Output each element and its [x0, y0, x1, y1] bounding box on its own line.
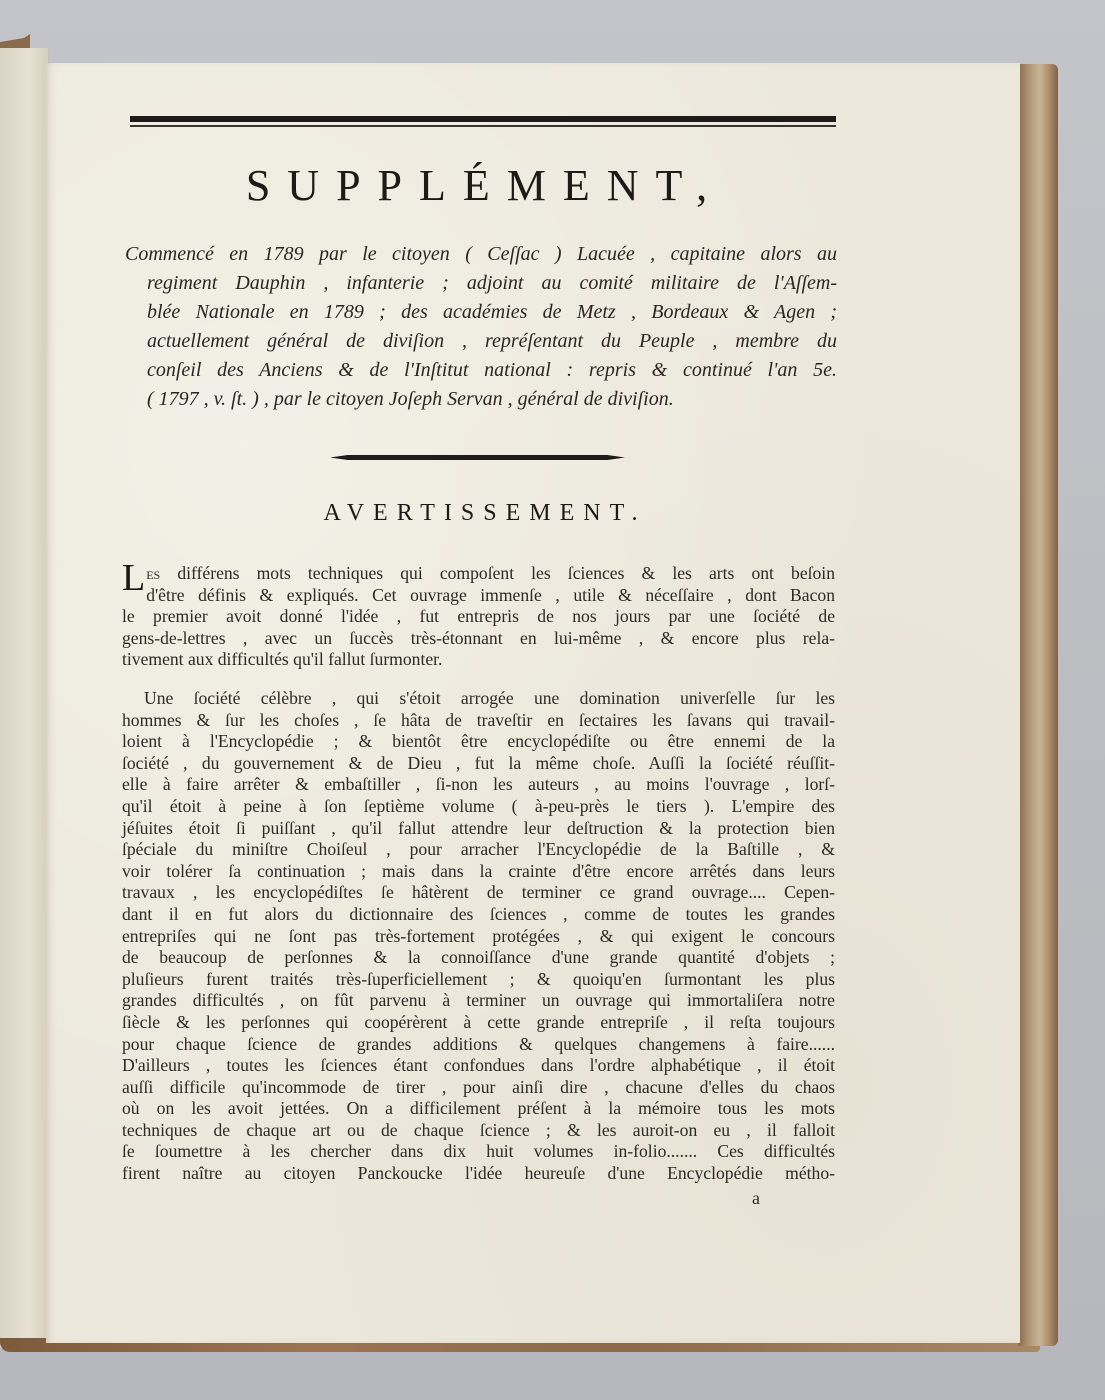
- subtitle-line: blée Nationale en 1789 ; des académies d…: [125, 298, 837, 327]
- subtitle-line: conſeil des Anciens & de l'Inſtitut nati…: [125, 356, 837, 385]
- paragraph-line: de beaucoup de perſonnes & la connoiſſan…: [122, 947, 835, 969]
- paragraph-line: techniques de chaque art ou de chaque ſc…: [122, 1120, 835, 1142]
- paragraph-line: ſociété , du gouvernement & de Dieu , fu…: [122, 753, 835, 775]
- drop-cap: L: [122, 563, 145, 593]
- left-page-edge: [0, 48, 49, 1348]
- paragraph-line: où on les avoit jettées. On a difficilem…: [122, 1098, 835, 1120]
- book-cover-right-edge: [1018, 64, 1058, 1346]
- paragraph-line: hommes & ſur les choſes , ſe hâta de tra…: [122, 710, 835, 732]
- paragraph-line: grandes difficultés , on fût parvenu à t…: [122, 990, 835, 1012]
- paragraph-line: tivement aux difficultés qu'il fallut ſu…: [122, 649, 835, 671]
- first-word-rest: es: [146, 563, 160, 583]
- top-ornamental-rule-thin: [130, 125, 836, 127]
- paragraph-line: D'ailleurs , toutes les ſciences étant c…: [122, 1055, 835, 1077]
- paragraph-line: Une ſociété célèbre , qui s'étoit arrogé…: [122, 688, 835, 710]
- paragraph-line: loient à l'Encyclopédie ; & bientôt être…: [122, 731, 835, 753]
- paragraph-line: le premier avoit donné l'idée , fut entr…: [122, 606, 835, 628]
- paragraph-line: ſe ſoumettre à les chercher dans dix hui…: [122, 1141, 835, 1163]
- paragraph-line: jéſuites étoit ſi puiſſant , qu'il fallu…: [122, 818, 835, 840]
- paragraph-line: dant il en fut alors du dictionnaire des…: [122, 904, 835, 926]
- middle-ornamental-rule: [330, 455, 625, 460]
- paragraph-line: pour chaque ſcience de grandes additions…: [122, 1034, 835, 1056]
- subtitle-line: ( 1797 , v. ſt. ) , par le citoyen Joſep…: [125, 385, 837, 414]
- section-heading: AVERTISSEMENT.: [120, 500, 850, 527]
- paragraph-line: Les différens mots techniques qui compoſ…: [122, 563, 835, 585]
- paragraph-line: ſiècle & les perſonnes qui coopérèrent à…: [122, 1012, 835, 1034]
- subtitle-line: actuellement général de diviſion , repré…: [125, 327, 837, 356]
- paragraph-line: elle à faire arrêter & embaſtiller , ſi-…: [122, 774, 835, 796]
- paragraph-line: ſpéciale du miniſtre Choiſeul , pour arr…: [122, 839, 835, 861]
- paragraph-line: voir tolérer ſa continuation ; mais dans…: [122, 861, 835, 883]
- subtitle-line: regiment Dauphin , infanterie ; adjoint …: [125, 269, 837, 298]
- paragraph-1: Les différens mots techniques qui compoſ…: [122, 563, 835, 671]
- page-title: SUPPLÉMENT,: [120, 160, 850, 211]
- paragraph-line: gens-de-lettres , avec un ſuccès très-ét…: [122, 628, 835, 650]
- signature-mark: a: [752, 1188, 760, 1209]
- subtitle-block: Commencé en 1789 par le citoyen ( Ceſſac…: [125, 240, 837, 414]
- top-ornamental-rule: [130, 116, 836, 122]
- paragraph-line: firent naître au citoyen Panckoucke l'id…: [122, 1163, 835, 1185]
- paragraph-line: travaux , les encyclopédiſtes ſe hâtèren…: [122, 882, 835, 904]
- paragraph-2: Une ſociété célèbre , qui s'étoit arrogé…: [122, 688, 835, 1185]
- paragraph-line: pluſieurs furent traités très-ſuperficie…: [122, 969, 835, 991]
- paragraph-line: qu'il étoit à peine à ſon ſeptième volum…: [122, 796, 835, 818]
- paragraph-line: auſſi difficile qu'incommode de tirer , …: [122, 1077, 835, 1099]
- subtitle-line: Commencé en 1789 par le citoyen ( Ceſſac…: [125, 240, 837, 269]
- paragraph-line: entrepriſes qui ne ſont pas très-forteme…: [122, 926, 835, 948]
- paragraph-line-text: différens mots techniques qui compoſent …: [160, 563, 835, 583]
- paragraph-line: d'être définis & expliqués. Cet ouvrage …: [122, 585, 835, 607]
